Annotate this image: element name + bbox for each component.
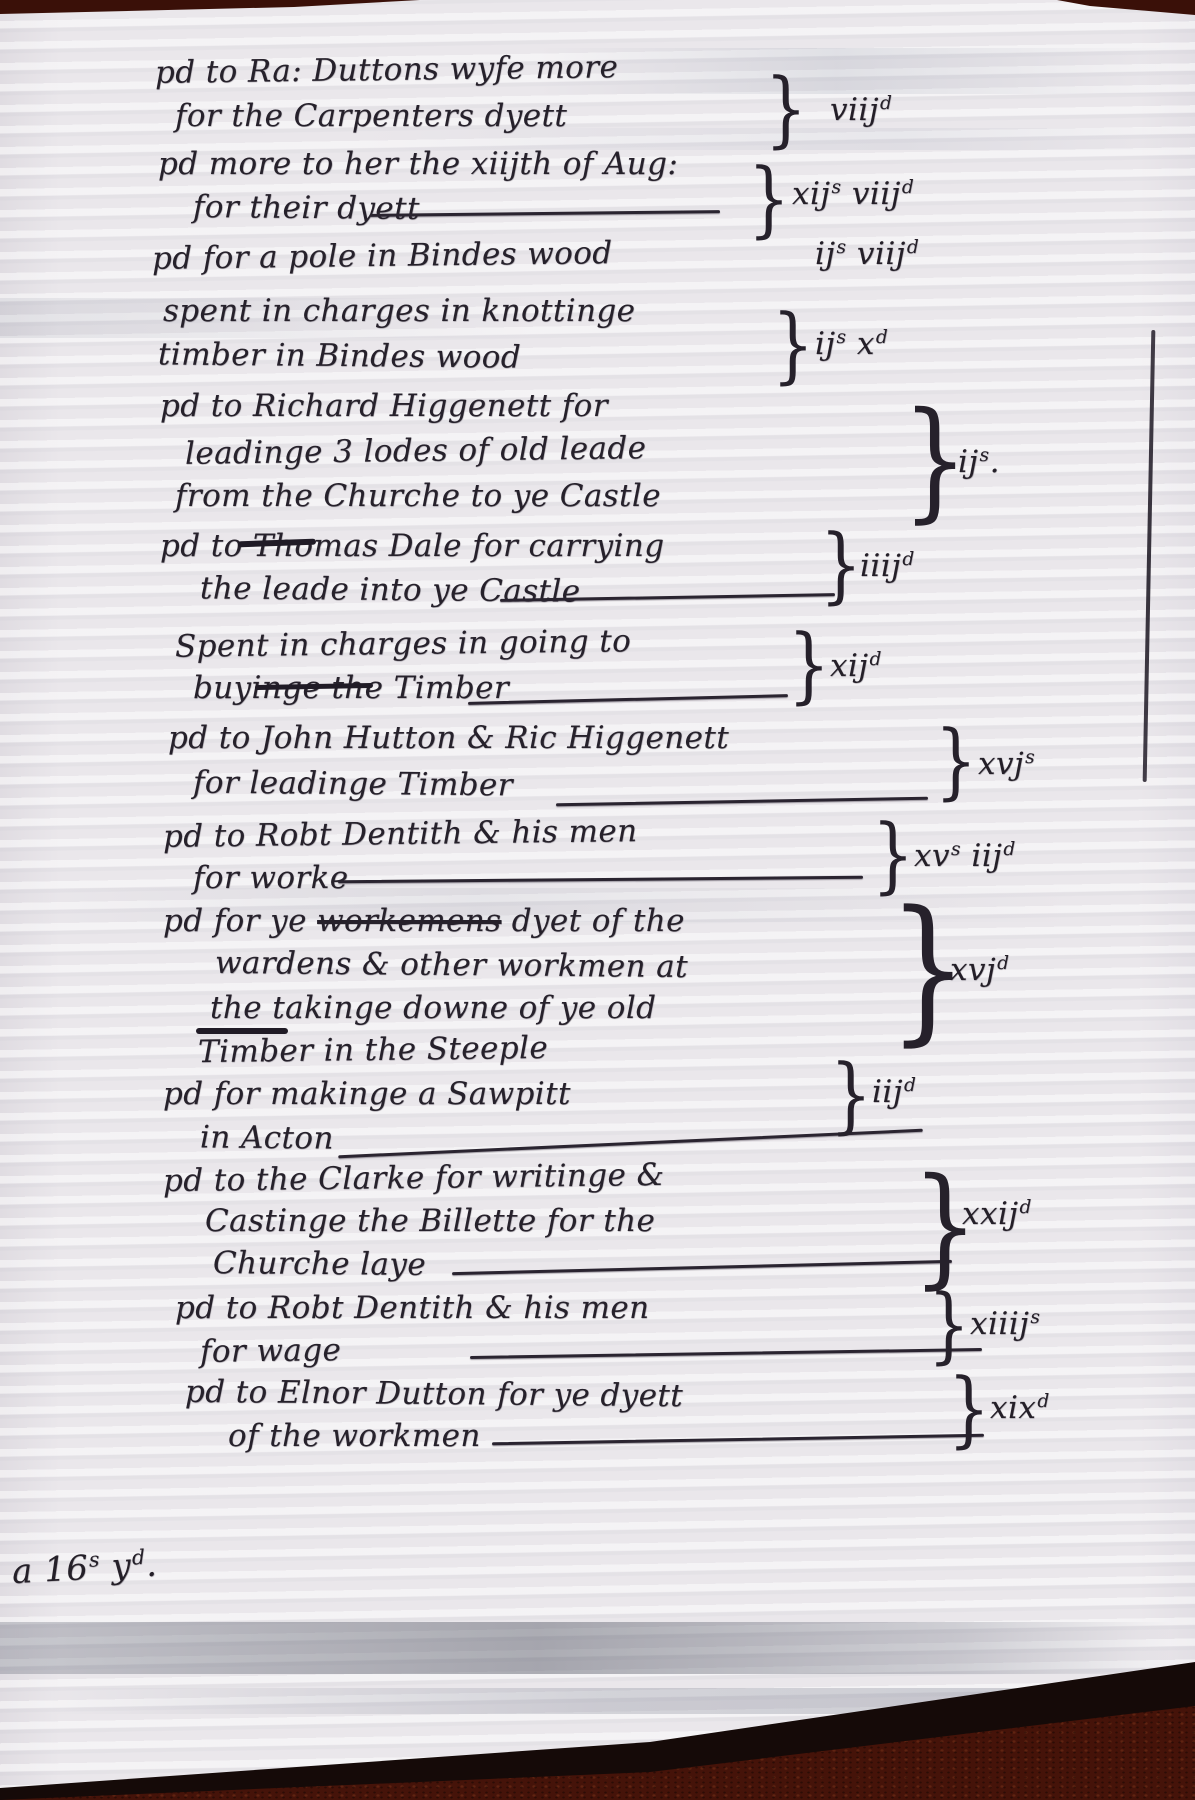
entry-text: dyet of the <box>512 903 685 939</box>
entry-line: the leade into ye Castle <box>200 570 581 609</box>
ink-brace: } <box>928 1288 970 1362</box>
entry-line: Churche laye <box>213 1245 426 1283</box>
amount: viijd <box>830 92 892 128</box>
entry-line: for their dyett <box>193 189 420 227</box>
entry-line: pd to Robt Dentith & his men <box>175 1290 650 1326</box>
ink-brace: } <box>830 1058 872 1132</box>
margin-note: a 16s yd. <box>11 1544 158 1592</box>
ink-brace: } <box>772 308 814 382</box>
amount: xvjs <box>978 746 1035 782</box>
entry-line: in Acton <box>200 1119 334 1156</box>
entry-line: of the workmen <box>228 1418 481 1454</box>
amount: xvjd <box>950 952 1010 988</box>
amount: iiijd <box>860 548 915 584</box>
amount: xijs viijd <box>792 176 914 212</box>
amount: iijd <box>872 1074 916 1110</box>
entry-line: for wage <box>200 1332 342 1370</box>
entry-line: pd to Thomas Dale for carrying <box>160 528 664 564</box>
amount: xixd <box>990 1390 1050 1426</box>
amount: ijs. <box>958 444 1000 480</box>
entry-line: Castinge the Billette for the <box>205 1203 655 1239</box>
amount: ijs xd <box>815 326 888 362</box>
ink-brace: } <box>788 628 830 702</box>
entry-line: pd to John Hutton & Ric Higgenett <box>168 720 729 756</box>
ink-brace: } <box>820 528 862 602</box>
entry-line: pd to Ra: Duttons wyfe more <box>155 49 619 91</box>
entry-line: pd to the Clarke for writinge & <box>163 1157 665 1199</box>
entry-line: for the Carpenters dyett <box>175 98 567 134</box>
amount: xvs iijd <box>914 838 1016 874</box>
ink-brace: } <box>765 72 807 146</box>
manuscript-photo: pd to Ra: Duttons wyfe more for the Carp… <box>0 0 1195 1800</box>
entry-line: pd for makinge a Sawpitt <box>163 1076 571 1112</box>
entry-line: pd more to her the xiijth of Aug: <box>158 146 678 182</box>
ink-brace: } <box>948 1372 990 1446</box>
amount: xxijd <box>962 1196 1032 1232</box>
entry-line: pd to Elnor Dutton for ye dyett <box>185 1374 683 1414</box>
entry-line: from the Churche to ye Castle <box>175 478 661 514</box>
entry-line: timber in Bindes wood <box>158 336 521 375</box>
entry-line: pd for a pole in Bindes wood <box>152 235 613 277</box>
entry-line: leadinge 3 lodes of old leade <box>185 430 647 472</box>
entry-line: pd to Richard Higgenett for <box>160 388 608 424</box>
entry-line: pd to Robt Dentith & his men <box>163 813 638 855</box>
amount: xijd <box>830 648 882 684</box>
ink-blot <box>196 1028 288 1034</box>
struck-text: workemens <box>317 903 501 939</box>
amount: ijs viijd <box>815 236 919 272</box>
entry-line: wardens & other workmen at <box>215 945 688 985</box>
entry-line: for leadinge Timber <box>193 765 513 804</box>
entry-text: pd for ye <box>163 903 307 939</box>
ink-brace: } <box>935 724 977 798</box>
entry-line: the takinge downe of ye old <box>210 990 656 1026</box>
entry-line: Timber in the Steeple <box>198 1030 549 1070</box>
entry-line: spent in charges in knottinge <box>163 293 635 329</box>
entry-line: for worke <box>193 860 349 896</box>
amount: xiiijs <box>970 1306 1040 1342</box>
entry-line: Spent in charges in going to <box>175 623 632 665</box>
ink-brace: } <box>748 162 790 236</box>
entry-line: pd for ye workemens dyet of the <box>163 903 685 939</box>
